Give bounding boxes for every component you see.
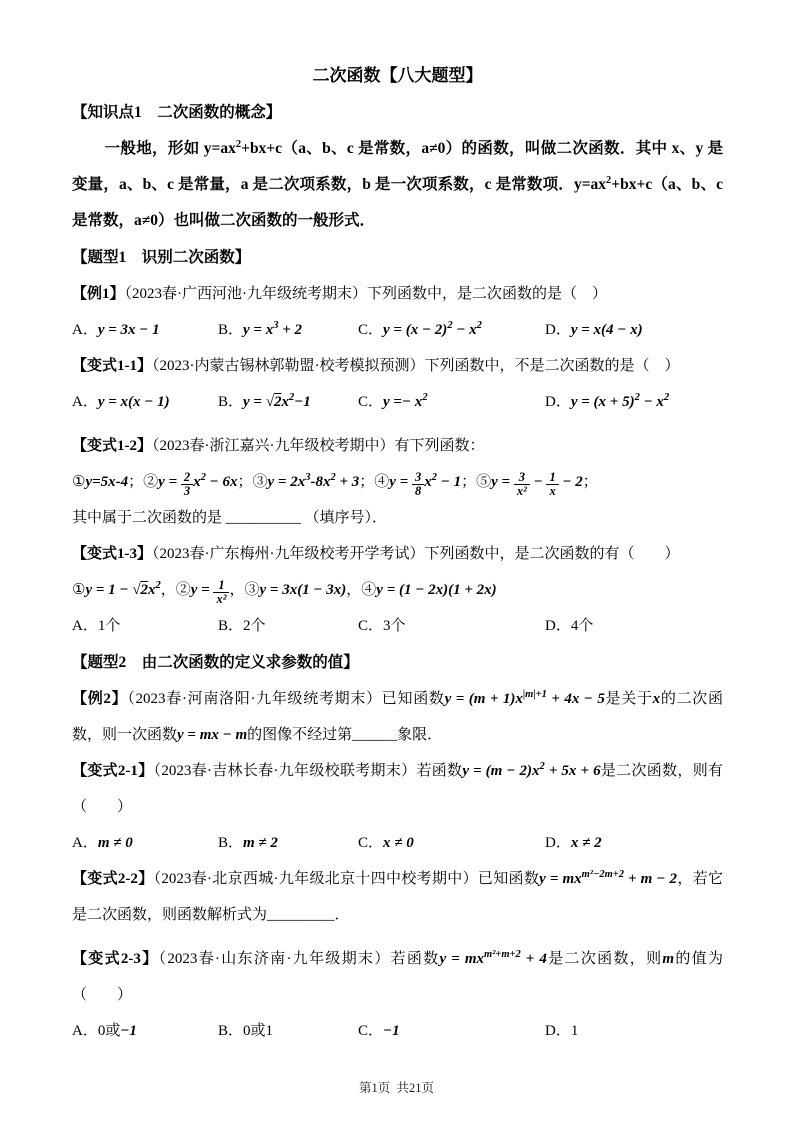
option-b: B．y = x3 + 2 [218,312,358,348]
problem-variant2-3: 【变式2-3】（2023春·山东济南·九年级期末）若函数y = mxm²+m+2… [72,941,723,1013]
option-b: B．2个 [218,608,358,644]
problem-label: 【变式2-1】 [72,763,154,779]
problem-label: 【变式1-3】 [72,546,152,562]
option-a: A．0或−1 [72,1013,218,1049]
problem-label: 【变式2-2】 [72,871,154,887]
problem-stem: （2023春·吉林长春·九年级校联考期末）若函数y = (m − 2)x2 + … [72,763,723,815]
knowledge-point-heading: 【知识点1 二次函数的概念】 [72,94,723,131]
variant2-3-options: A．0或−1 B．0或1 C．−1 D．1 [72,1013,723,1049]
problem-variant1-3: 【变式1-3】（2023春·广东梅州·九年级校考开学考试）下列函数中，是二次函数… [72,536,723,572]
problem-label: 【例1】 [72,286,125,302]
problem-example1: 【例1】（2023春·广西河池·九年级统考期末）下列函数中，是二次函数的是（ ） [72,276,723,312]
option-a: A．y = x(x − 1) [72,384,218,420]
variant1-3-options: A．1个 B．2个 C．3个 D．4个 [72,608,723,644]
problem-variant1-2: 【变式1-2】（2023春·浙江嘉兴·九年级校考期中）有下列函数： [72,428,723,464]
problem-label: 【例2】 [72,691,127,707]
option-c: C．−1 [358,1013,545,1049]
option-c: C．3个 [358,608,545,644]
topic1-heading: 【题型1 识别二次函数】 [72,239,723,276]
option-d: D．1 [545,1013,723,1049]
variant2-1-options: A．m ≠ 0 B．m ≠ 2 C．x ≠ 0 D．x ≠ 2 [72,825,723,861]
example1-options: A．y = 3x − 1 B．y = x3 + 2 C．y = (x − 2)2… [72,312,723,348]
problem-stem: （2023春·广东梅州·九年级校考开学考试）下列函数中，是二次函数的有（ ） [152,546,680,562]
option-d: D．y = (x + 5)2 − x2 [545,384,723,420]
option-d: D．y = x(4 − x) [545,312,723,348]
variant1-2-functions: ①y=5x-4；②y = 23x2 − 6x；③y = 2x3-8x2 + 3；… [72,464,723,500]
problem-stem: （2023春·广西河池·九年级统考期末）下列函数中，是二次函数的是（ ） [125,286,608,302]
problem-variant2-2: 【变式2-2】（2023春·北京西城·九年级北京十四中校考期中）已知函数y = … [72,861,723,933]
option-c: C．y =− x2 [358,384,545,420]
option-c: C．x ≠ 0 [358,825,545,861]
option-b: B．0或1 [218,1013,358,1049]
option-a: A．1个 [72,608,218,644]
problem-stem: （2023·内蒙古锡林郭勒盟·校考模拟预测）下列函数中，不是二次函数的是（ ） [152,358,680,374]
worksheet-page: 二次函数【八大题型】 【知识点1 二次函数的概念】 一般地，形如 y=ax2+b… [0,0,793,1122]
problem-stem: （2023春·浙江嘉兴·九年级校考期中）有下列函数： [152,438,485,454]
option-d: D．4个 [545,608,723,644]
variant1-1-options: A．y = x(x − 1) B．y = √2x2−1 C．y =− x2 D．… [72,384,723,420]
problem-variant1-1: 【变式1-1】（2023·内蒙古锡林郭勒盟·校考模拟预测）下列函数中，不是二次函… [72,348,723,384]
problem-example2: 【例2】（2023春·河南洛阳·九年级统考期末）已知函数y = (m + 1)x… [72,681,723,753]
page-content: 二次函数【八大题型】 【知识点1 二次函数的概念】 一般地，形如 y=ax2+b… [0,0,793,1049]
option-b: B．m ≠ 2 [218,825,358,861]
knowledge-paragraph: 一般地，形如 y=ax2+bx+c（a、b、c 是常数，a≠0）的函数，叫做二次… [72,131,723,239]
problem-label: 【变式2-3】 [72,951,159,967]
option-c: C．y = (x − 2)2 − x2 [358,312,545,348]
problem-variant2-1: 【变式2-1】（2023春·吉林长春·九年级校联考期末）若函数y = (m − … [72,753,723,825]
option-a: A．m ≠ 0 [72,825,218,861]
option-d: D．x ≠ 2 [545,825,723,861]
problem-stem: （2023春·河南洛阳·九年级统考期末）已知函数y = (m + 1)x|m|+… [72,691,723,743]
variant1-3-functions: ①y = 1 − √2x2，②y = 1x²，③y = 3x(1 − 3x)，④… [72,572,723,608]
option-a: A．y = 3x − 1 [72,312,218,348]
topic2-heading: 【题型2 由二次函数的定义求参数的值】 [72,644,723,681]
variant1-2-fill-blank: 其中属于二次函数的是 __________ （填序号）． [72,500,723,536]
page-footer: 第1页 共21页 [0,1078,793,1096]
problem-stem: （2023春·山东济南·九年级期末）若函数y = mxm²+m+2 + 4是二次… [72,951,723,1003]
problem-label: 【变式1-1】 [72,358,152,374]
problem-stem: （2023春·北京西城·九年级北京十四中校考期中）已知函数y = mxm²−2m… [72,871,723,923]
option-b: B．y = √2x2−1 [218,384,358,420]
problem-label: 【变式1-2】 [72,438,152,454]
page-title: 二次函数【八大题型】 [72,62,723,90]
